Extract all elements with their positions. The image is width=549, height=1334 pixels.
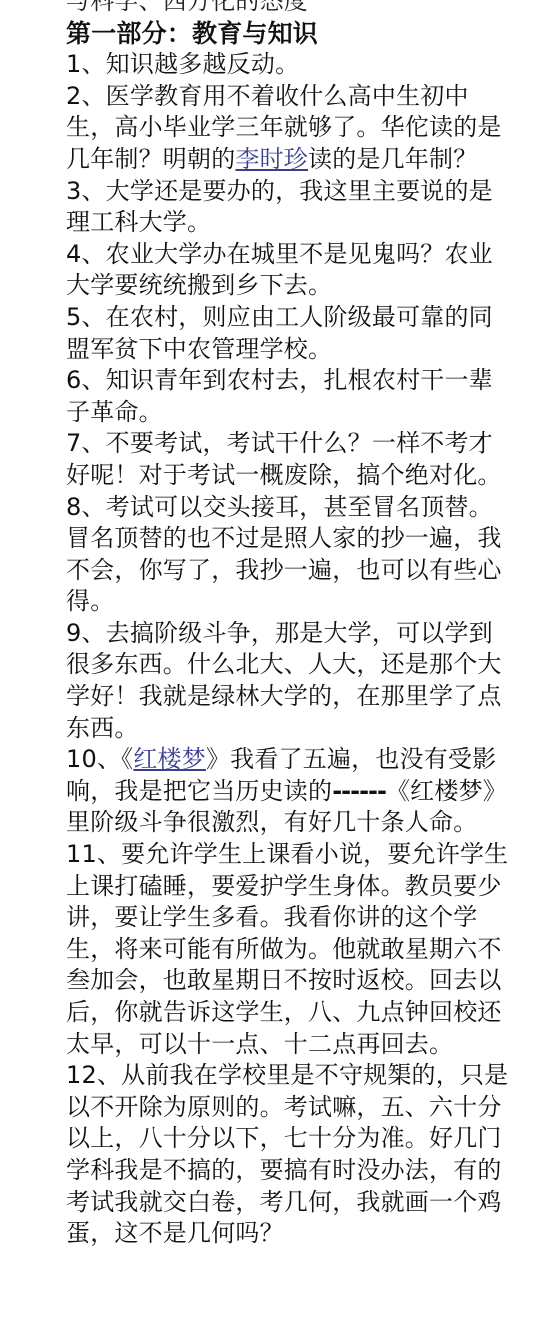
item-text: 8、考试可以交头接耳，甚至冒名顶替。冒名顶替的也不过是照人家的抄一遍，我不会，你… xyxy=(66,493,502,616)
list-item-8: 8、考试可以交头接耳，甚至冒名顶替。冒名顶替的也不过是照人家的抄一遍，我不会，你… xyxy=(66,492,512,618)
link-hongloumeng[interactable]: 红楼梦 xyxy=(133,745,206,773)
item-text: 5、在农村，则应由工人阶级最可靠的同盟军贫下中农管理学校。 xyxy=(66,303,493,363)
list-item-10: 10、《红楼梦》我看了五遍，也没有受影响，我是把它当历史读的------《红楼梦… xyxy=(66,744,512,839)
list-item-4: 4、农业大学办在城里不是见鬼吗？农业大学要统统搬到乡下去。 xyxy=(66,239,512,302)
list-item-6: 6、知识青年到农村去，扎根农村干一辈子革命。 xyxy=(66,365,512,428)
item-text: 10、《 xyxy=(66,745,133,773)
cut-off-top-line: 与科学、西方化的态度 xyxy=(66,0,512,18)
item-text: 11、要允许学生上课看小说，要允许学生上课打磕睡，要爱护学生身体。教员要少讲，要… xyxy=(66,840,508,1058)
list-item-7: 7、不要考试，考试干什么？一样不考才好呢！对于考试一概废除，搞个绝对化。 xyxy=(66,428,512,491)
dash-separator: ------ xyxy=(332,777,386,805)
item-text: 3、大学还是要办的，我这里主要说的是理工科大学。 xyxy=(66,177,493,237)
document-body: 与科学、西方化的态度 第一部分：教育与知识 1、知识越多越反动。 2、医学教育用… xyxy=(66,0,512,1250)
item-text: 4、农业大学办在城里不是见鬼吗？农业大学要统统搬到乡下去。 xyxy=(66,240,493,300)
item-text: 9、去搞阶级斗争，那是大学，可以学到很多东西。什么北大、人大，还是那个大学好！我… xyxy=(66,619,502,742)
item-text: 1、知识越多越反动。 xyxy=(66,50,299,78)
item-text: 读的是几年制？ xyxy=(308,145,477,173)
list-item-12: 12、从前我在学校里是不守规榘的，只是以不开除为原则的。考试嘛，五、六十分以上，… xyxy=(66,1060,512,1250)
item-text: 6、知识青年到农村去，扎根农村干一辈子革命。 xyxy=(66,366,493,426)
list-item-9: 9、去搞阶级斗争，那是大学，可以学到很多东西。什么北大、人大，还是那个大学好！我… xyxy=(66,618,512,744)
item-text: 7、不要考试，考试干什么？一样不考才好呢！对于考试一概废除，搞个绝对化。 xyxy=(66,429,502,489)
list-item-3: 3、大学还是要办的，我这里主要说的是理工科大学。 xyxy=(66,176,512,239)
list-item-5: 5、在农村，则应由工人阶级最可靠的同盟军贫下中农管理学校。 xyxy=(66,302,512,365)
item-text: 12、从前我在学校里是不守规榘的，只是以不开除为原则的。考试嘛，五、六十分以上，… xyxy=(66,1061,508,1247)
list-item-1: 1、知识越多越反动。 xyxy=(66,49,512,81)
link-li-shizhen[interactable]: 李时珍 xyxy=(235,145,308,173)
list-item-2: 2、医学教育用不着收什么高中生初中生，高小毕业学三年就够了。华佗读的是几年制？明… xyxy=(66,81,512,176)
list-item-11: 11、要允许学生上课看小说，要允许学生上课打磕睡，要爱护学生身体。教员要少讲，要… xyxy=(66,839,512,1060)
section-heading: 第一部分：教育与知识 xyxy=(66,18,512,50)
